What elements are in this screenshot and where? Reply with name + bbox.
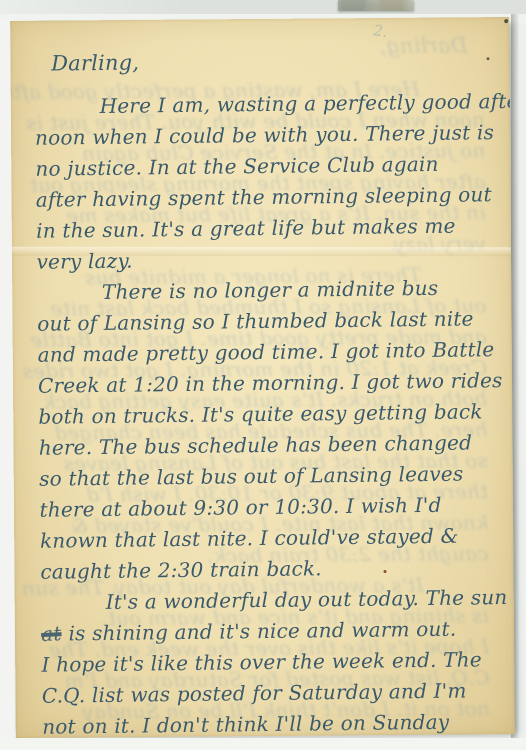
letter-line-text: after having spent the morning sleeping … bbox=[36, 182, 492, 212]
letter-line-text: C.Q. list was posted for Saturday and I'… bbox=[42, 679, 467, 708]
letter-line-text: noon when I could be with you. There jus… bbox=[35, 120, 494, 150]
letter-line-text: and made pretty good time. I got into Ba… bbox=[38, 337, 495, 367]
letter-line-text: there at about 9:30 or 10:30. I wish I'd bbox=[39, 493, 441, 522]
letter-line-text: not on it. I don't think I'll be on Sund… bbox=[42, 710, 449, 738]
letter-line-text: I hope it's like this over the week end.… bbox=[41, 647, 482, 676]
letter-line-text: here. The bus schedule has been changed bbox=[39, 430, 473, 459]
letter-line-text: known that last nite. I could've stayed … bbox=[40, 524, 459, 553]
letter-line-text: Creek at 1:20 in the morning. I got two … bbox=[38, 368, 503, 398]
letter-line-text: both on trucks. It's quite easy getting … bbox=[38, 399, 482, 428]
scanned-letter-viewport: Darling, Here I am, wasting a perfectly … bbox=[0, 0, 526, 750]
paper-speck bbox=[486, 57, 489, 60]
letter-line: not on it. I don't think I'll be on Sund… bbox=[17, 706, 515, 738]
letter-line-text: caught the 2:30 train back. bbox=[40, 556, 322, 583]
letter-line-text: out of Lansing so I thumbed back last ni… bbox=[37, 306, 474, 335]
letter-page: Darling, Here I am, wasting a perfectly … bbox=[10, 17, 515, 738]
letter-line-text: very lazy. bbox=[36, 249, 133, 274]
struck-out-word: at bbox=[40, 618, 62, 649]
letter-line-text: It's a wonderful day out today. The sun bbox=[106, 585, 508, 614]
letter-line-text: so that the last bus out of Lansing leav… bbox=[39, 462, 463, 491]
letter-line-text: in the sun. It's a great life but makes … bbox=[36, 214, 456, 243]
handwriting-layer: Darling, Here I am, wasting a perfectly … bbox=[10, 17, 515, 738]
letter-line-text: Here I am, wasting a perfectly good afte… bbox=[100, 89, 515, 118]
letter-body: Here I am, wasting a perfectly good afte… bbox=[10, 86, 515, 738]
letter-line-text: is shining and it's nice and warm out. bbox=[68, 617, 456, 646]
letter-line-text: no justice. In at the Service Club again bbox=[35, 152, 438, 181]
scanner-background-top bbox=[0, 0, 526, 14]
paper-speck bbox=[384, 570, 387, 573]
scanner-background-bottom bbox=[0, 738, 526, 750]
paper-speck bbox=[504, 19, 508, 23]
tape-fragment bbox=[338, 0, 414, 11]
salutation: Darling, bbox=[10, 43, 508, 80]
letter-line-text: There is no longer a midnite bus bbox=[102, 276, 439, 304]
